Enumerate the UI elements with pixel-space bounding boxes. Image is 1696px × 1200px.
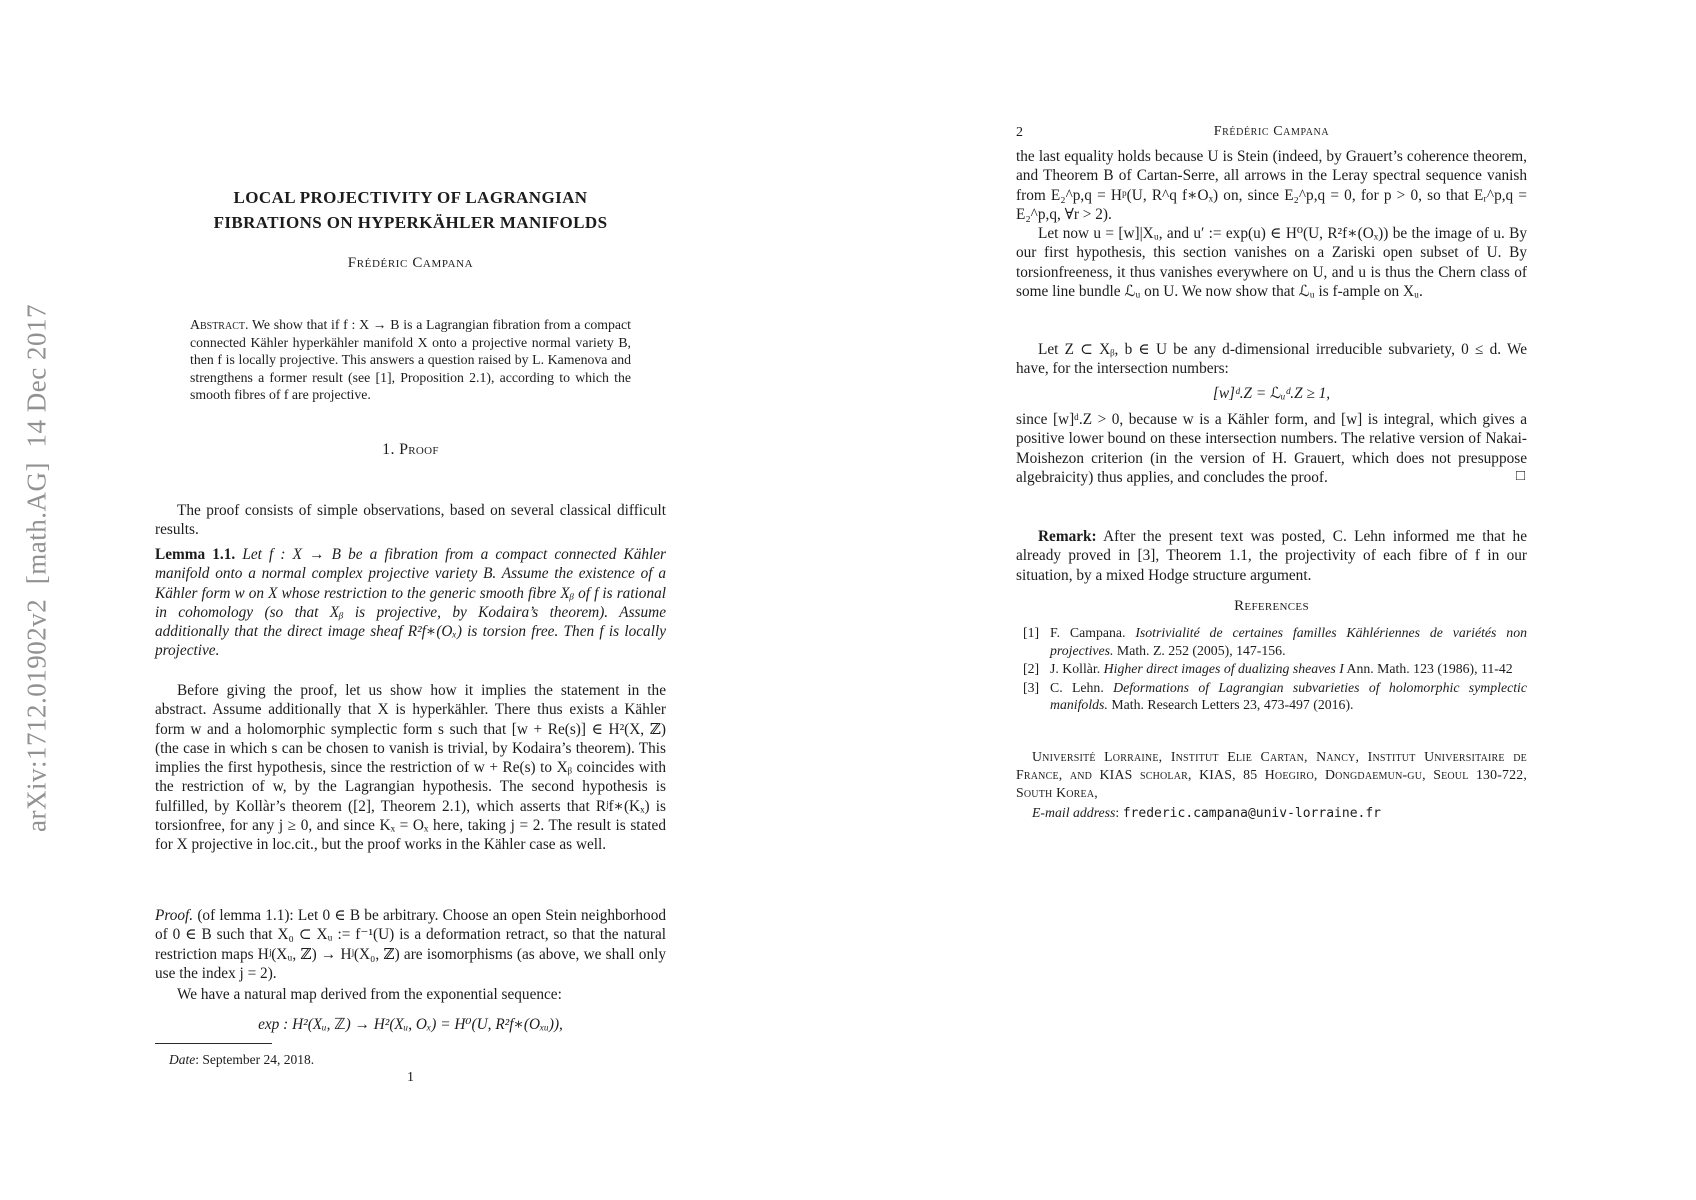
conclusion-text: since [w]ᵈ.Z > 0, because w is a Kähler … bbox=[1016, 411, 1527, 486]
section-heading-proof: 1. Proof bbox=[155, 440, 666, 459]
reference-authors: J. Kollàr. bbox=[1050, 661, 1100, 676]
author-name: Frédéric Campana bbox=[155, 254, 666, 273]
page-2: 2 Frédéric Campana the last equality hol… bbox=[1016, 0, 1527, 1200]
reference-label: [3] bbox=[1023, 679, 1043, 714]
date-value: : September 24, 2018. bbox=[195, 1052, 314, 1067]
paper-title: LOCAL PROJECTIVITY OF LAGRANGIAN FIBRATI… bbox=[155, 185, 666, 235]
subvariety-paragraph: Let Z ⊂ Xᵦ, b ∈ U be any d-dimensional i… bbox=[1016, 340, 1527, 379]
reference-text: F. Campana. Isotrivialité de certaines f… bbox=[1043, 624, 1527, 659]
exponential-sequence-paragraph: We have a natural map derived from the e… bbox=[155, 985, 666, 1004]
before-proof-paragraph: Before giving the proof, let us show how… bbox=[155, 681, 666, 855]
abstract: Abstract. We show that if f : X → B is a… bbox=[190, 316, 631, 404]
display-equation-intersection: [w]ᵈ.Z = ℒᵤᵈ.Z ≥ 1, bbox=[1016, 384, 1527, 403]
reference-title: Higher direct images of dualizing sheave… bbox=[1104, 661, 1344, 676]
email-colon: : bbox=[1115, 805, 1122, 820]
references-heading: References bbox=[1016, 597, 1527, 616]
reference-text: C. Lehn. Deformations of Lagrangian subv… bbox=[1043, 679, 1527, 714]
reference-authors: F. Campana. bbox=[1050, 625, 1125, 640]
email-address: frederic.campana@univ-lorraine.fr bbox=[1123, 806, 1381, 821]
stein-paragraph: the last equality holds because U is Ste… bbox=[1016, 147, 1527, 224]
paper-title-line-1: LOCAL PROJECTIVITY OF LAGRANGIAN bbox=[155, 185, 666, 210]
reference-authors: C. Lehn. bbox=[1050, 680, 1104, 695]
intro-paragraph: The proof consists of simple observation… bbox=[155, 501, 666, 540]
page-1: LOCAL PROJECTIVITY OF LAGRANGIAN FIBRATI… bbox=[155, 0, 666, 1200]
proof-label: Proof. bbox=[155, 907, 193, 924]
lemma-text: Let f : X → B be a fibration from a comp… bbox=[155, 546, 666, 659]
email-label: E-mail address bbox=[1032, 805, 1115, 820]
abstract-label: Abstract. bbox=[190, 317, 248, 332]
remark-label: Remark: bbox=[1038, 528, 1097, 545]
page2-header: 2 Frédéric Campana bbox=[1016, 122, 1527, 141]
reference-item-3: [3] C. Lehn. Deformations of Lagrangian … bbox=[1016, 679, 1527, 714]
footnote-rule bbox=[155, 1043, 272, 1044]
arxiv-watermark: arXiv:1712.01902v2 [math.AG] 14 Dec 2017 bbox=[22, 304, 53, 832]
reference-text: J. Kollàr. Higher direct images of duali… bbox=[1043, 660, 1527, 678]
display-equation-exp: exp : H²(Xᵤ, ℤ) → H²(Xᵤ, Oₓ) = H⁰(U, R²f… bbox=[155, 1015, 666, 1034]
proof-paragraph: Proof. (of lemma 1.1): Let 0 ∈ B be arbi… bbox=[155, 906, 666, 983]
email-line: E-mail address: frederic.campana@univ-lo… bbox=[1016, 803, 1543, 823]
chern-class-paragraph: Let now u = [w]|Xᵤ, and u′ := exp(u) ∈ H… bbox=[1016, 224, 1527, 301]
running-head: Frédéric Campana bbox=[1016, 122, 1527, 141]
qed-symbol: □ bbox=[1516, 467, 1525, 486]
page-number-2: 2 bbox=[1016, 123, 1023, 142]
date-label: Date bbox=[169, 1052, 195, 1067]
reference-details: Math. Research Letters 23, 473-497 (2016… bbox=[1111, 697, 1353, 712]
reference-label: [2] bbox=[1023, 660, 1043, 678]
lemma-1-1: Lemma 1.1. Let f : X → B be a fibration … bbox=[155, 545, 666, 661]
affiliation: Université Lorraine, Institut Elie Carta… bbox=[1016, 748, 1527, 802]
paper-title-line-2: FIBRATIONS ON HYPERKÄHLER MANIFOLDS bbox=[155, 210, 666, 235]
reference-details: Math. Z. 252 (2005), 147-156. bbox=[1117, 643, 1286, 658]
remark-paragraph: Remark: After the present text was poste… bbox=[1016, 527, 1527, 585]
reference-details: Ann. Math. 123 (1986), 11-42 bbox=[1347, 661, 1513, 676]
lemma-label: Lemma 1.1. bbox=[155, 546, 235, 563]
page-number-1: 1 bbox=[155, 1068, 666, 1087]
proof-text: (of lemma 1.1): Let 0 ∈ B be arbitrary. … bbox=[155, 907, 666, 982]
reference-item-1: [1] F. Campana. Isotrivialité de certain… bbox=[1016, 624, 1527, 659]
abstract-text: We show that if f : X → B is a Lagrangia… bbox=[190, 317, 631, 402]
references-list: [1] F. Campana. Isotrivialité de certain… bbox=[1016, 624, 1527, 715]
document-canvas: arXiv:1712.01902v2 [math.AG] 14 Dec 2017… bbox=[0, 0, 1696, 1200]
reference-item-2: [2] J. Kollàr. Higher direct images of d… bbox=[1016, 660, 1527, 678]
conclusion-paragraph: since [w]ᵈ.Z > 0, because w is a Kähler … bbox=[1016, 410, 1527, 487]
date-footnote: Date: September 24, 2018. bbox=[155, 1050, 680, 1069]
reference-label: [1] bbox=[1023, 624, 1043, 659]
